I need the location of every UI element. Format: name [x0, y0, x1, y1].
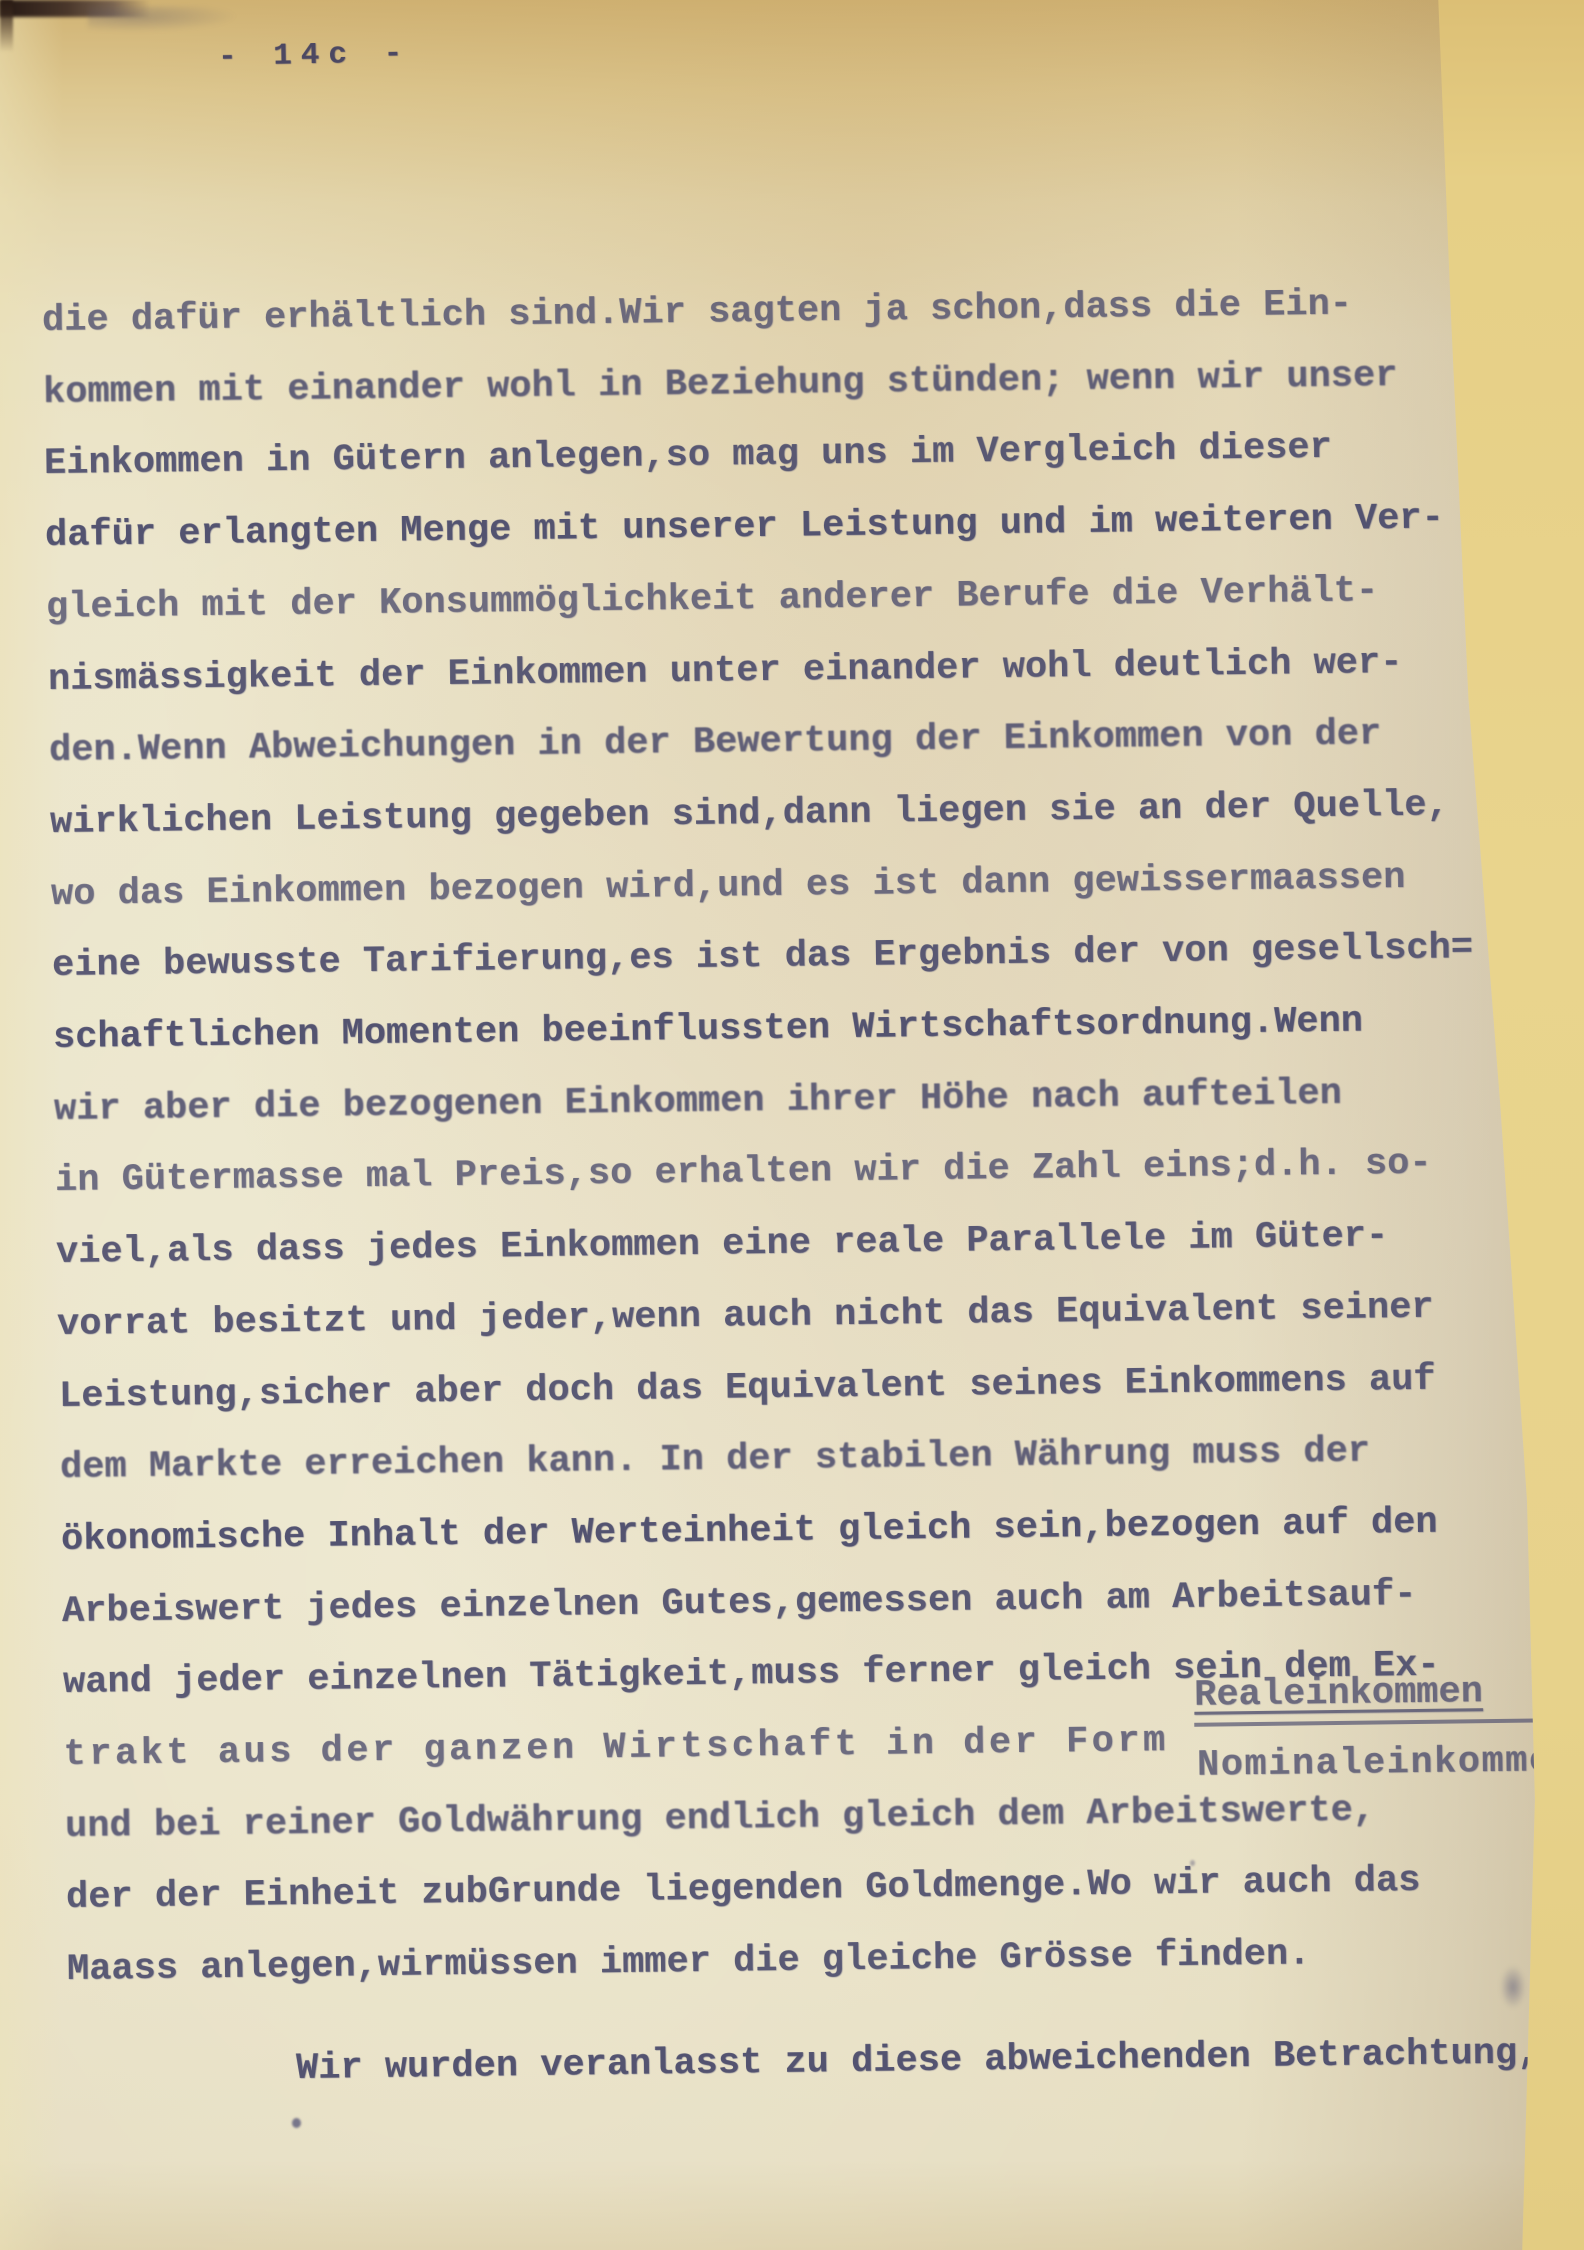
income-fraction: RealeinkommenNominaleinkommen	[1194, 1669, 1584, 1786]
fraction-denominator: Nominaleinkommen	[1195, 1721, 1584, 1786]
text-line: den.Wenn Abweichungen in der Bewertung d…	[48, 713, 1381, 772]
text-line: Wir wurden veranlasst zu diese abweichen…	[296, 2032, 1540, 2090]
text-line: wirklichen Leistung gegeben sind,dann li…	[49, 784, 1448, 844]
text-line: Einkommen in Gütern anlegen,so mag uns i…	[44, 427, 1332, 485]
edge-ink-smear	[1500, 1965, 1526, 2009]
ink-dot	[292, 2118, 301, 2128]
text-line: Maass anlegen,wirmüssen immer die gleich…	[67, 1933, 1311, 1991]
text-line: gleich mit der Konsummöglichkeit anderer…	[46, 570, 1379, 629]
text-line: schaftlichen Momenten beeinflussten Wirt…	[53, 1001, 1363, 1059]
text-line: vorrat besitzt und jeder,wenn auch nicht…	[57, 1286, 1434, 1345]
text-line: nismässigkeit der Einkommen unter einand…	[47, 641, 1402, 700]
text-line: dem Markte erreichen kann. In der stabil…	[59, 1431, 1369, 1489]
ink-dot-small	[1190, 1860, 1195, 1866]
text-line: der der Einheit zubGrunde liegenden Gold…	[66, 1860, 1421, 1919]
text-line: wir aber die bezogenen Einkommen ihrer H…	[54, 1073, 1342, 1131]
text-line: viel,als dass jedes Einkommen eine reale…	[56, 1215, 1389, 1274]
text-line: in Gütermasse mal Preis,so erhalten wir …	[55, 1143, 1432, 1202]
scanned-typescript-photo: - 14c - die dafür erhältlich sind.Wir sa…	[0, 0, 1584, 2250]
text-line: ökonomische Inhalt der Werteinheit gleic…	[60, 1502, 1437, 1561]
text-line: eine bewusste Tarifierung,es ist das Erg…	[52, 927, 1473, 987]
text-line: die dafür erhältlich sind.Wir sagten ja …	[42, 284, 1352, 342]
fraction-numerator: Realeinkommen	[1194, 1669, 1584, 1726]
text-line: Leistung,sicher aber doch das Equivalent…	[58, 1358, 1435, 1417]
text-line: wo das Einkommen bezogen wird,und es ist…	[51, 857, 1406, 916]
text-line: kommen mit einander wohl in Beziehung st…	[43, 355, 1398, 414]
paper-page: - 14c - die dafür erhältlich sind.Wir sa…	[0, 0, 1584, 2250]
text-line: Arbeiswert jedes einzelnen Gutes,gemesse…	[62, 1574, 1417, 1633]
text-line-content: trakt aus der ganzen Wirtschaft in der F…	[63, 1720, 1169, 1776]
typewritten-text-block: die dafür erhältlich sind.Wir sagten ja …	[0, 0, 1584, 2250]
text-line: dafür erlangten Menge mit unserer Leistu…	[45, 498, 1444, 558]
